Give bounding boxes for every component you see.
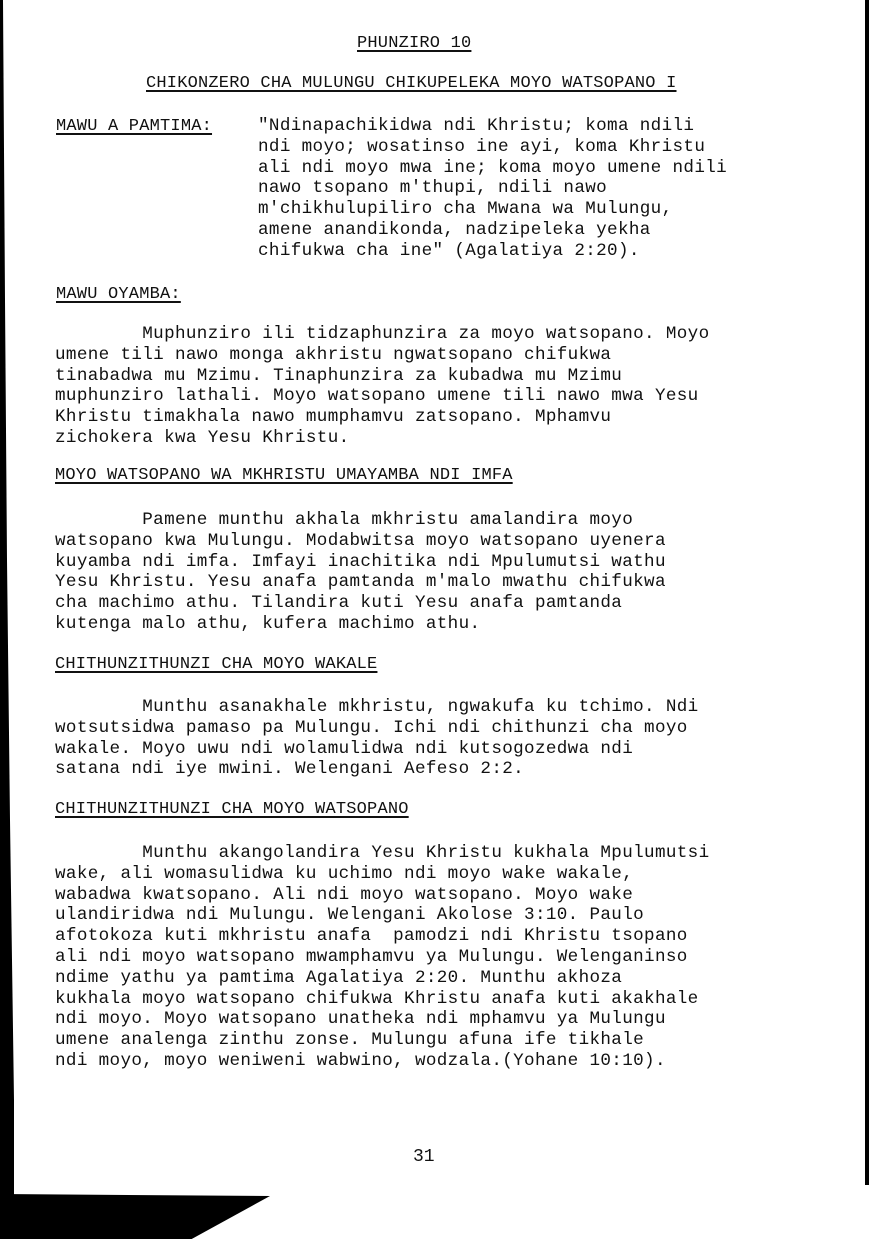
body-line: watsopano kwa Mulungu. Modabwitsa moyo w… bbox=[55, 531, 815, 552]
body-line: wabadwa kwatsopano. Ali ndi moyo watsopa… bbox=[55, 885, 815, 906]
body-line: tinabadwa mu Mzimu. Tinaphunzira za kuba… bbox=[55, 366, 815, 387]
body-line: muphunziro lathali. Moyo watsopano umene… bbox=[55, 386, 815, 407]
section-body-new-life: Munthu akangolandira Yesu Khristu kukhal… bbox=[55, 843, 815, 1072]
lesson-title: PHUNZIRO 10 bbox=[357, 34, 471, 53]
body-line: Yesu Khristu. Yesu anafa pamtanda m'malo… bbox=[55, 572, 815, 593]
memory-verse-line: amene anandikonda, nadzipeleka yekha bbox=[258, 220, 818, 241]
section-body-new-life-begins: Pamene munthu akhala mkhristu amalandira… bbox=[55, 510, 815, 635]
body-line: ulandiridwa ndi Mulungu. Welengani Akolo… bbox=[55, 905, 815, 926]
body-line: Khristu timakhala nawo mumphamvu zatsopa… bbox=[55, 407, 815, 428]
memory-verse-line: ndi moyo; wosatinso ine ayi, koma Khrist… bbox=[258, 137, 818, 158]
body-line: wakale. Moyo uwu ndi wolamulidwa ndi kut… bbox=[55, 739, 815, 760]
body-line: umene tili nawo monga akhristu ngwatsopa… bbox=[55, 345, 815, 366]
memory-verse-text: "Ndinapachikidwa ndi Khristu; koma ndili… bbox=[258, 116, 818, 262]
scan-edge-right bbox=[865, 0, 869, 1185]
section-heading-introduction: MAWU OYAMBA: bbox=[56, 285, 181, 304]
memory-verse-line: "Ndinapachikidwa ndi Khristu; koma ndili bbox=[258, 116, 818, 137]
body-line: wake, ali womasulidwa ku uchimo ndi moyo… bbox=[55, 864, 815, 885]
body-line: kukhala moyo watsopano chifukwa Khristu … bbox=[55, 989, 815, 1010]
body-line: ndi moyo, moyo weniweni wabwino, wodzala… bbox=[55, 1051, 815, 1072]
body-line: Pamene munthu akhala mkhristu amalandira… bbox=[55, 510, 815, 531]
body-line: satana ndi iye mwini. Welengani Aefeso 2… bbox=[55, 759, 815, 780]
body-line: Muphunziro ili tidzaphunzira za moyo wat… bbox=[55, 324, 815, 345]
memory-verse-label: MAWU A PAMTIMA: bbox=[56, 117, 212, 136]
body-line: kutenga malo athu, kufera machimo athu. bbox=[55, 614, 815, 635]
section-heading-new-life-begins: MOYO WATSOPANO WA MKHRISTU UMAYAMBA NDI … bbox=[55, 466, 513, 485]
section-body-old-life: Munthu asanakhale mkhristu, ngwakufa ku … bbox=[55, 697, 815, 780]
body-line: Munthu asanakhale mkhristu, ngwakufa ku … bbox=[55, 697, 815, 718]
body-line: kuyamba ndi imfa. Imfayi inachitika ndi … bbox=[55, 552, 815, 573]
section-heading-new-life: CHITHUNZITHUNZI CHA MOYO WATSOPANO bbox=[55, 800, 409, 819]
lesson-subtitle: CHIKONZERO CHA MULUNGU CHIKUPELEKA MOYO … bbox=[146, 74, 677, 93]
section-body-introduction: Muphunziro ili tidzaphunzira za moyo wat… bbox=[55, 324, 815, 449]
memory-verse-line: chifukwa cha ine" (Agalatiya 2:20). bbox=[258, 241, 818, 262]
memory-verse-line: m'chikhulupiliro cha Mwana wa Mulungu, bbox=[258, 199, 818, 220]
page-number: 31 bbox=[413, 1147, 435, 1167]
scan-edge-left bbox=[0, 0, 14, 1239]
body-line: Munthu akangolandira Yesu Khristu kukhal… bbox=[55, 843, 815, 864]
body-line: wotsutsidwa pamaso pa Mulungu. Ichi ndi … bbox=[55, 718, 815, 739]
body-line: ndime yathu ya pamtima Agalatiya 2:20. M… bbox=[55, 968, 815, 989]
body-line: ndi moyo. Moyo watsopano unatheka ndi mp… bbox=[55, 1009, 815, 1030]
body-line: ali ndi moyo watsopano mwamphamvu ya Mul… bbox=[55, 947, 815, 968]
scan-shadow-wedge bbox=[0, 1194, 270, 1239]
memory-verse-line: ali ndi moyo mwa ine; koma moyo umene nd… bbox=[258, 158, 818, 179]
section-heading-old-life: CHITHUNZITHUNZI CHA MOYO WAKALE bbox=[55, 655, 377, 674]
body-line: zichokera kwa Yesu Khristu. bbox=[55, 428, 815, 449]
body-line: afotokoza kuti mkhristu anafa pamodzi nd… bbox=[55, 926, 815, 947]
body-line: cha machimo athu. Tilandira kuti Yesu an… bbox=[55, 593, 815, 614]
body-line: umene analenga zinthu zonse. Mulungu afu… bbox=[55, 1030, 815, 1051]
memory-verse-line: nawo tsopano m'thupi, ndili nawo bbox=[258, 178, 818, 199]
